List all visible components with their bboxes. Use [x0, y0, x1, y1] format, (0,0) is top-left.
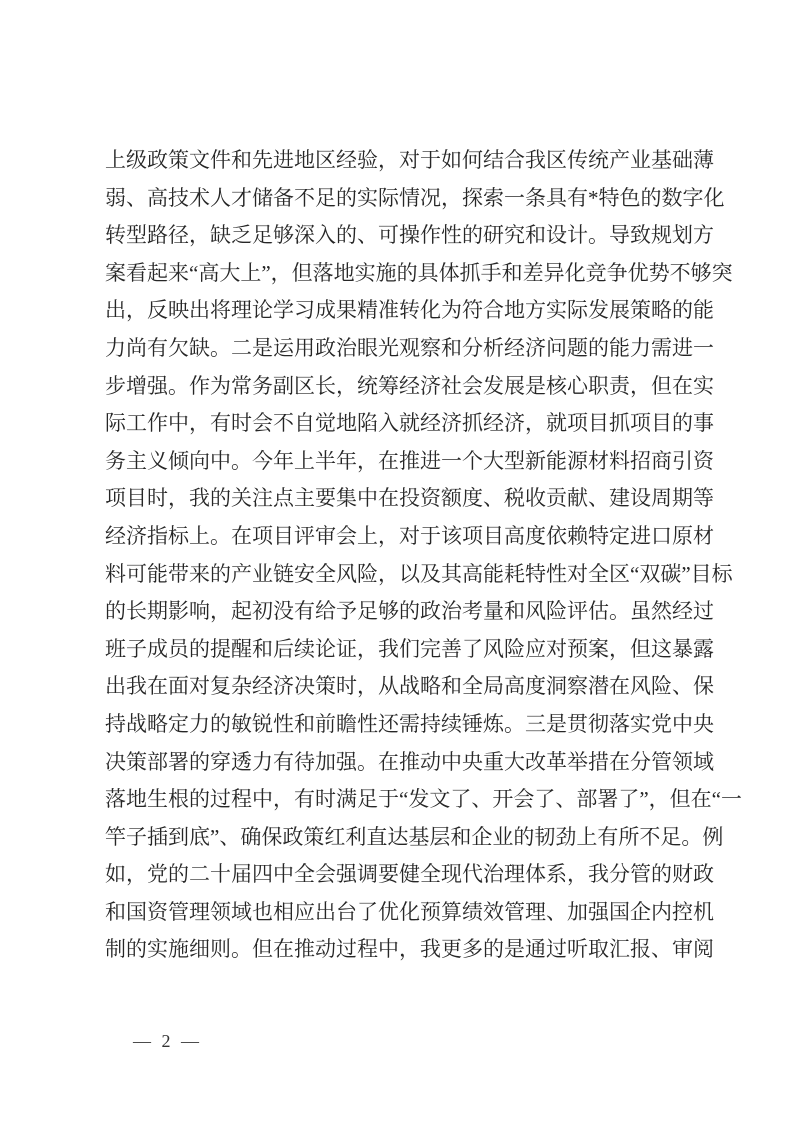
body-line: 务主义倾向中。今年上半年，在推进一个大型新能源材料招商引资 [105, 443, 701, 481]
body-line: 如，党的二十届四中全会强调要健全现代治理体系，我分管的财政 [105, 856, 701, 894]
body-line: 案看起来“高大上”，但落地实施的具体抓手和差异化竞争优势不够突 [105, 255, 701, 293]
body-line: 班子成员的提醒和后续论证，我们完善了风险应对预案，但这暴露 [105, 631, 701, 669]
body-line: 步增强。作为常务副区长，统筹经济社会发展是核心职责，但在实 [105, 368, 701, 406]
body-line: 际工作中，有时会不自觉地陷入就经济抓经济，就项目抓项目的事 [105, 405, 701, 443]
body-line: 弱、高技术人才储备不足的实际情况，探索一条具有*特色的数字化 [105, 180, 701, 218]
body-line: 的长期影响，起初没有给予足够的政治考量和风险评估。虽然经过 [105, 593, 701, 631]
document-page: 上级政策文件和先进地区经验，对于如何结合我区传统产业基础薄 弱、高技术人才储备不… [0, 0, 793, 1122]
body-line: 竿子插到底”、确保政策红利直达基层和企业的韧劲上有所不足。例 [105, 819, 701, 857]
body-line: 制的实施细则。但在推动过程中，我更多的是通过听取汇报、审阅 [105, 931, 701, 969]
body-line: 持战略定力的敏锐性和前瞻性还需持续锤炼。三是贯彻落实党中央 [105, 706, 701, 744]
body-line: 上级政策文件和先进地区经验，对于如何结合我区传统产业基础薄 [105, 142, 701, 180]
body-line: 和国资管理领域也相应出台了优化预算绩效管理、加强国企内控机 [105, 894, 701, 932]
body-line: 力尚有欠缺。二是运用政治眼光观察和分析经济问题的能力需进一 [105, 330, 701, 368]
body-line: 落地生根的过程中，有时满足于“发文了、开会了、部署了”，但在“一 [105, 781, 701, 819]
body-line: 决策部署的穿透力有待加强。在推动中央重大改革举措在分管领域 [105, 744, 701, 782]
body-line: 出我在面对复杂经济决策时，从战略和全局高度洞察潜在风险、保 [105, 668, 701, 706]
body-line: 项目时，我的关注点主要集中在投资额度、税收贡献、建设周期等 [105, 480, 701, 518]
body-line: 料可能带来的产业链安全风险，以及其高能耗特性对全区“双碳”目标 [105, 556, 701, 594]
body-text-block: 上级政策文件和先进地区经验，对于如何结合我区传统产业基础薄 弱、高技术人才储备不… [105, 142, 701, 969]
body-line: 出，反映出将理论学习成果精准转化为符合地方实际发展策略的能 [105, 292, 701, 330]
body-line: 转型路径，缺乏足够深入的、可操作性的研究和设计。导致规划方 [105, 217, 701, 255]
body-line: 经济指标上。在项目评审会上，对于该项目高度依赖特定进口原材 [105, 518, 701, 556]
page-number: — 2 — [133, 1031, 202, 1052]
